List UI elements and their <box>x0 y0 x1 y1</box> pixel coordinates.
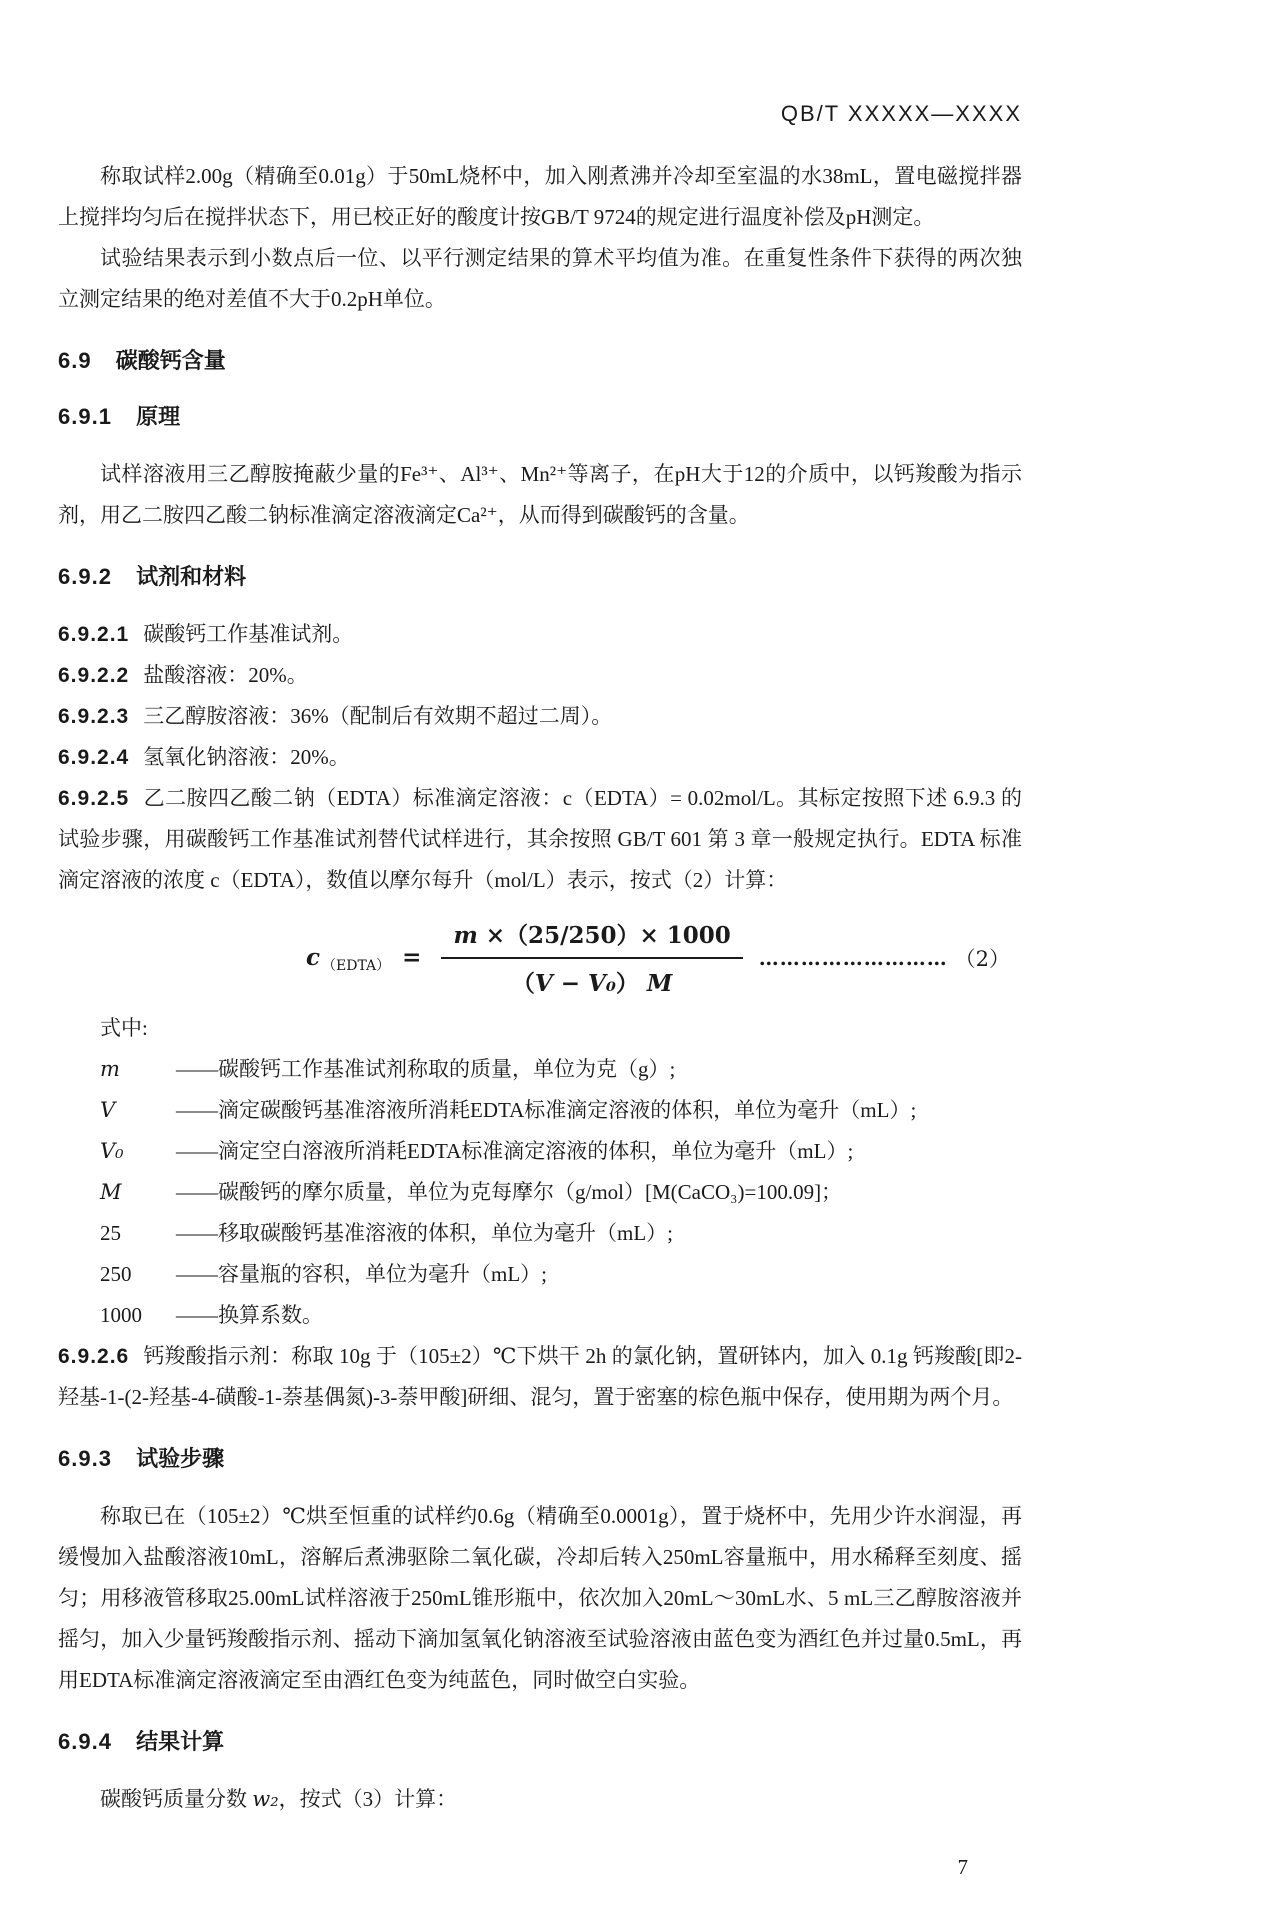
paragraph-test-procedure: 称取已在（105±2）℃烘至恒重的试样约0.6g（精确至0.0001g），置于烧… <box>58 1496 1022 1701</box>
formula-lhs-subscript: （EDTA） <box>322 955 390 975</box>
heading-number: 6.9.4 <box>58 1729 112 1754</box>
clause-text: 钙羧酸指示剂：称取 10g 于（105±2）℃下烘干 2h 的氯化钠，置研钵内，… <box>58 1344 1022 1409</box>
heading-title: 结果计算 <box>136 1729 224 1754</box>
heading-number: 6.9.3 <box>58 1446 112 1471</box>
clause-item: 6.9.2.3三乙醇胺溶液：36%（配制后有效期不超过二周）。 <box>58 696 1022 737</box>
definition-term: 1000 <box>100 1295 176 1336</box>
page-number: 7 <box>958 1855 969 1880</box>
heading-6-9-3: 6.9.3 试验步骤 <box>58 1444 1022 1474</box>
variable-molar-mass: M <box>647 970 672 997</box>
heading-6-9-4: 6.9.4 结果计算 <box>58 1727 1022 1757</box>
definition-term: 25 <box>100 1213 176 1254</box>
formula-numerator: m ×（25/250）× 1000 <box>441 917 742 959</box>
variable-v-minus-v0: V − V₀ <box>535 970 616 997</box>
definition-row: 1000 ——换算系数。 <box>58 1295 1022 1336</box>
doc-code: QB/T XXXXX—XXXX <box>58 100 1022 128</box>
clause-text: 乙二胺四乙酸二钠（EDTA）标准滴定溶液：c（EDTA）= 0.02mol/L。… <box>58 786 1022 892</box>
definition-description: ——滴定碳酸钙基准溶液所消耗EDTA标准滴定溶液的体积，单位为毫升（mL）; <box>176 1090 1022 1131</box>
definition-term: m <box>100 1049 176 1090</box>
heading-6-9: 6.9 碳酸钙含量 <box>58 346 1022 376</box>
definition-description: ——滴定空白溶液所消耗EDTA标准滴定溶液的体积，单位为毫升（mL）; <box>176 1131 1022 1172</box>
result-text-pre: 碳酸钙质量分数 <box>100 1787 252 1811</box>
paragraph-principle: 试样溶液用三乙醇胺掩蔽少量的Fe³⁺、Al³⁺、Mn²⁺等离子，在pH大于12的… <box>58 454 1022 536</box>
paragraph-ph-procedure: 称取试样2.00g（精确至0.01g）于50mL烧杯中，加入刚煮沸并冷却至室温的… <box>58 156 1022 238</box>
paren-close: ） <box>616 970 639 997</box>
definition-row: V₀ ——滴定空白溶液所消耗EDTA标准滴定溶液的体积，单位为毫升（mL）; <box>58 1131 1022 1172</box>
clause-text: 盐酸溶液：20%。 <box>143 663 308 687</box>
clause-item: 6.9.2.2盐酸溶液：20%。 <box>58 655 1022 696</box>
paragraph-ph-result: 试验结果表示到小数点后一位、以平行测定结果的算术平均值为准。在重复性条件下获得的… <box>58 238 1022 320</box>
where-clause-label: 式中: <box>58 1008 1022 1049</box>
definition-row: 25 ——移取碳酸钙基准溶液的体积，单位为毫升（mL）; <box>58 1213 1022 1254</box>
result-text-post: ，按式（3）计算： <box>279 1787 458 1811</box>
clause-item: 6.9.2.5乙二胺四乙酸二钠（EDTA）标准滴定溶液：c（EDTA）= 0.0… <box>58 778 1022 901</box>
clause-number: 6.9.2.1 <box>58 623 129 646</box>
definition-row: m ——碳酸钙工作基准试剂称取的质量，单位为克（g）; <box>58 1049 1022 1090</box>
definition-row: M ——碳酸钙的摩尔质量，单位为克每摩尔（g/mol）[M(CaCO₃)=100… <box>58 1172 1022 1213</box>
paren-open: （ <box>512 970 535 997</box>
formula-lhs-variable: c <box>306 944 320 971</box>
definition-description: ——碳酸钙工作基准试剂称取的质量，单位为克（g）; <box>176 1049 1022 1090</box>
definition-term: V₀ <box>100 1131 176 1172</box>
definition-description: ——碳酸钙的摩尔质量，单位为克每摩尔（g/mol）[M(CaCO₃)=100.0… <box>176 1172 1022 1213</box>
definition-row: V ——滴定碳酸钙基准溶液所消耗EDTA标准滴定溶液的体积，单位为毫升（mL）; <box>58 1090 1022 1131</box>
formula-denominator: （V − V₀）M <box>441 959 742 998</box>
document-page: QB/T XXXXX—XXXX 称取试样2.00g（精确至0.01g）于50mL… <box>0 0 1280 1916</box>
clause-number: 6.9.2.4 <box>58 746 129 769</box>
clause-item: 6.9.2.6钙羧酸指示剂：称取 10g 于（105±2）℃下烘干 2h 的氯化… <box>58 1336 1022 1418</box>
heading-number: 6.9.2 <box>58 564 112 589</box>
heading-title: 试剂和材料 <box>136 564 246 589</box>
definition-row: 250 ——容量瓶的容积，单位为毫升（mL）; <box>58 1254 1022 1295</box>
variable-w2: w₂ <box>252 1787 278 1811</box>
clause-text: 氢氧化钠溶液：20%。 <box>143 745 350 769</box>
paragraph-result-calculation: 碳酸钙质量分数 w₂，按式（3）计算： <box>58 1779 1022 1820</box>
clause-text: 碳酸钙工作基准试剂。 <box>143 622 353 646</box>
clause-number: 6.9.2.2 <box>58 664 129 687</box>
clause-number: 6.9.2.3 <box>58 705 129 728</box>
definition-description: ——换算系数。 <box>176 1295 1022 1336</box>
heading-title: 试验步骤 <box>136 1446 224 1471</box>
numerator-rest: ×（25/250）× 1000 <box>478 922 731 949</box>
clause-number: 6.9.2.5 <box>58 787 129 810</box>
heading-title: 碳酸钙含量 <box>116 348 226 373</box>
definition-term: 250 <box>100 1254 176 1295</box>
definition-description: ——容量瓶的容积，单位为毫升（mL）; <box>176 1254 1022 1295</box>
heading-title: 原理 <box>136 404 180 429</box>
formula-fraction: m ×（25/250）× 1000 （V − V₀）M <box>441 917 742 998</box>
clause-item: 6.9.2.1碳酸钙工作基准试剂。 <box>58 614 1022 655</box>
formula-equation-number: （2） <box>955 943 1010 973</box>
definition-description: ——移取碳酸钙基准溶液的体积，单位为毫升（mL）; <box>176 1213 1022 1254</box>
definition-term: M <box>100 1172 176 1213</box>
heading-number: 6.9.1 <box>58 404 112 429</box>
variable-m: m <box>453 922 477 949</box>
heading-number: 6.9 <box>58 348 92 373</box>
formula-edta-concentration: c （EDTA） = m ×（25/250）× 1000 （V − V₀）M …… <box>58 917 1022 998</box>
heading-6-9-1: 6.9.1 原理 <box>58 402 1022 432</box>
heading-6-9-2: 6.9.2 试剂和材料 <box>58 562 1022 592</box>
definition-term: V <box>100 1090 176 1131</box>
clause-item: 6.9.2.4氢氧化钠溶液：20%。 <box>58 737 1022 778</box>
clause-text: 三乙醇胺溶液：36%（配制后有效期不超过二周）。 <box>143 704 612 728</box>
formula-equals-sign: = <box>402 944 421 971</box>
formula-dot-leader: …………………………………… <box>759 946 947 970</box>
clause-number: 6.9.2.6 <box>58 1345 129 1368</box>
